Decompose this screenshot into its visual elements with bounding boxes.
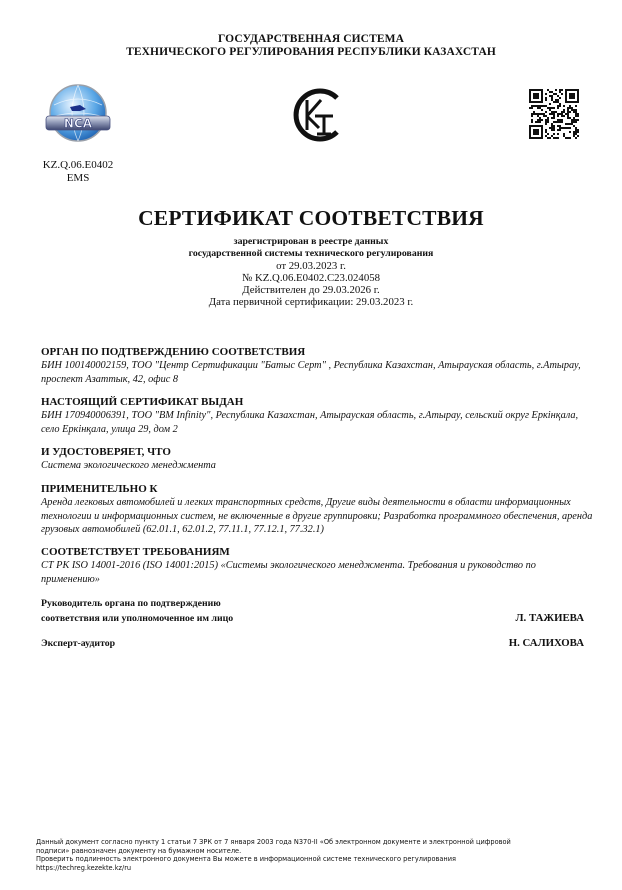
header-line-1: ГОСУДАРСТВЕННАЯ СИСТЕМА — [0, 33, 622, 45]
auditor-title: Эксперт-аудитор — [41, 638, 115, 649]
svg-text:NCA: NCA — [64, 117, 93, 131]
auditor-name: Н. САЛИХОВА — [509, 637, 584, 649]
section-heading: ПРИМЕНИТЕЛЬНО К — [41, 482, 593, 496]
footer-line-3: Проверить подлинность электронного докум… — [36, 855, 596, 864]
signatory-title-line-2: соответствия или уполномоченное им лицо — [41, 613, 233, 624]
header-line-2: ТЕХНИЧЕСКОГО РЕГУЛИРОВАНИЯ РЕСПУБЛИКИ КА… — [0, 46, 622, 58]
registered-line-1: зарегистрирован в реестре данных — [0, 236, 622, 247]
section-body: Аренда легковых автомобилей и легких тра… — [41, 496, 593, 537]
valid-until: Действителен до 29.03.2026 г. — [0, 284, 622, 296]
footer-line-1: Данный документ согласно пункту 1 статьи… — [36, 838, 596, 847]
signatory-title-line-1: Руководитель органа по подтверждению — [41, 598, 221, 609]
footer-note: Данный документ согласно пункту 1 статьи… — [36, 838, 596, 872]
section-heading: ОРГАН ПО ПОДТВЕРЖДЕНИЮ СООТВЕТСТВИЯ — [41, 345, 593, 359]
nca-globe-logo-icon: NCA — [40, 83, 116, 143]
accreditation-scheme: EMS — [30, 172, 126, 184]
section-certifies-that: И УДОСТОВЕРЯЕТ, ЧТО Система экологическо… — [41, 445, 593, 473]
certificate-number: № KZ.Q.06.E0402.C23.024058 — [0, 272, 622, 284]
first-certification-date: Дата первичной сертификации: 29.03.2023 … — [0, 296, 622, 308]
accreditation-code: KZ.Q.06.E0402 — [30, 159, 126, 171]
signatory-name: Л. ТАЖИЕВА — [516, 612, 585, 624]
section-heading: НАСТОЯЩИЙ СЕРТИФИКАТ ВЫДАН — [41, 395, 593, 409]
section-body: СТ РК ISO 14001-2016 (ISO 14001:2015) «С… — [41, 559, 593, 586]
kt-conformity-mark-icon — [285, 86, 345, 144]
section-body: Система экологического менеджмента — [41, 459, 593, 473]
section-body: БИН 100140002159, ТОО "Центр Сертификаци… — [41, 359, 593, 386]
section-body: БИН 170940006391, ТОО "BM Infinity", Рес… — [41, 409, 593, 436]
registration-date: от 29.03.2023 г. — [0, 260, 622, 272]
footer-line-2: подписи» равнозначен документу на бумажн… — [36, 847, 596, 856]
section-issued-to: НАСТОЯЩИЙ СЕРТИФИКАТ ВЫДАН БИН 170940006… — [41, 395, 593, 436]
registered-line-2: государственной системы технического рег… — [0, 248, 622, 259]
section-conforms-to: СООТВЕТСТВУЕТ ТРЕБОВАНИЯМ СТ РК ISO 1400… — [41, 545, 593, 586]
section-heading: СООТВЕТСТВУЕТ ТРЕБОВАНИЯМ — [41, 545, 593, 559]
certificate-title: СЕРТИФИКАТ СООТВЕТСТВИЯ — [0, 206, 622, 231]
section-applicable-to: ПРИМЕНИТЕЛЬНО К Аренда легковых автомоби… — [41, 482, 593, 537]
verification-link[interactable]: https://techreg.kezekte.kz/ru — [36, 864, 596, 873]
section-certification-body: ОРГАН ПО ПОДТВЕРЖДЕНИЮ СООТВЕТСТВИЯ БИН … — [41, 345, 593, 386]
section-heading: И УДОСТОВЕРЯЕТ, ЧТО — [41, 445, 593, 459]
qr-code-icon[interactable] — [529, 89, 579, 139]
